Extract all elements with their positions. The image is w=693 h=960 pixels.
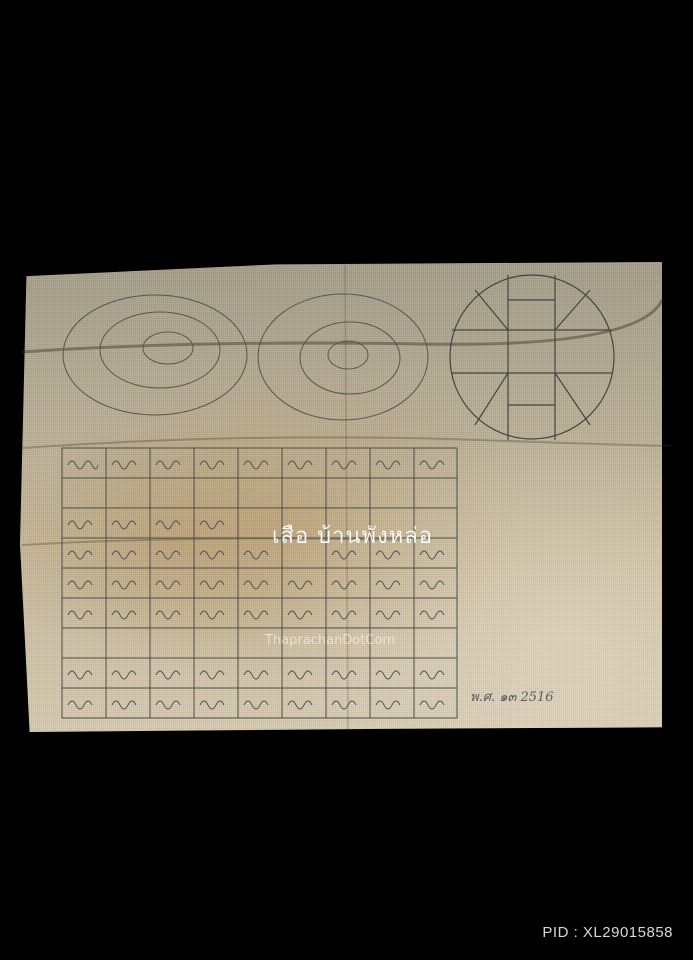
handwritten-date: พ.ศ. ๑๓ 2516: [470, 686, 554, 707]
photo-id-label: PID : XL29015858: [542, 924, 673, 941]
left-circle-diagram: [63, 295, 247, 415]
middle-circle-diagram: [258, 294, 428, 420]
grid-glyphs: [68, 461, 444, 709]
right-wheel-diagram: [450, 275, 614, 440]
yantra-drawings: [0, 0, 693, 960]
watermark: ThaprachanDotCom: [265, 633, 395, 648]
overlay-title: เสือ บ้านพังหล่อ: [272, 518, 433, 553]
